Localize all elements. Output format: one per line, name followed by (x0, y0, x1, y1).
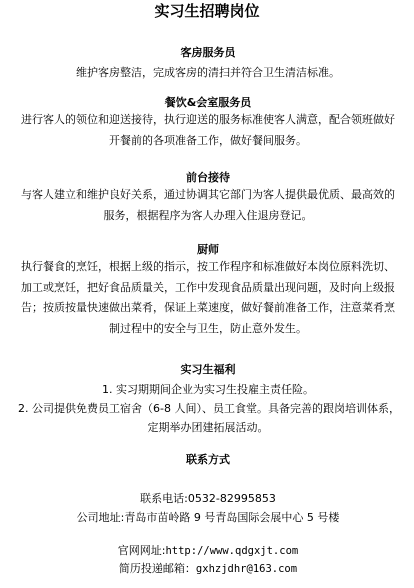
website-link[interactable]: http://www.qdgxjt.com (165, 545, 298, 557)
address-value: 青岛市苗岭路 9 号青岛国际会展中心 5 号楼 (124, 511, 339, 524)
position-chef: 厨师 执行餐食的烹饪，根据上级的指示，按工作程序和标准做好本岗位原料洗切、加工或… (18, 243, 398, 339)
position-heading: 前台接待 (18, 171, 398, 185)
contact-address-line: 公司地址:青岛市苗岭路 9 号青岛国际会展中心 5 号楼 (18, 508, 398, 527)
contact-email-line: 简历投递邮箱：gxhzjdhr@163.com (18, 560, 398, 578)
position-heading: 餐饮&会室服务员 (18, 96, 398, 110)
phone-number: 0532-82995853 (188, 492, 276, 505)
position-dining-attendant: 餐饮&会室服务员 进行客人的领位和迎送接待，执行迎送的服务标准使客人满意，配合领… (18, 96, 398, 151)
position-description: 维护客房整洁，完成客房的清扫并符合卫生清洁标准。 (18, 65, 398, 81)
position-room-attendant: 客房服务员 维护客房整洁，完成客房的清扫并符合卫生清洁标准。 (18, 46, 398, 81)
position-front-desk: 前台接待 与客人建立和维护良好关系，通过协调其它部门为客人提供最优质、最高效的服… (18, 171, 398, 226)
position-description: 进行客人的领位和迎送接待，执行迎送的服务标准使客人满意，配合领班做好开餐前的各项… (18, 110, 398, 151)
benefit-item: 2. 公司提供免费员工宿舍（6-8 人间）、员工食堂。具备完善的跟岗培训体系， (18, 399, 398, 418)
contact-phone-line: 联系电话:0532-82995853 (18, 489, 398, 508)
address-label: 公司地址: (77, 511, 125, 524)
position-heading: 客房服务员 (18, 46, 398, 60)
benefit-item: 1. 实习期期间企业为实习生投雇主责任险。 (18, 380, 398, 399)
contact-section: 联系方式 联系电话:0532-82995853 公司地址:青岛市苗岭路 9 号青… (18, 453, 398, 578)
recruitment-document: 实习生招聘岗位 客房服务员 维护客房整洁，完成客房的清扫并符合卫生清洁标准。 餐… (0, 0, 414, 588)
email-label: 简历投递邮箱： (119, 562, 196, 575)
position-description: 与客人建立和维护良好关系，通过协调其它部门为客人提供最优质、最高效的服务，根据程… (18, 185, 398, 226)
contact-website-line: 官网网址:http://www.qdgxjt.com (18, 542, 398, 560)
intern-benefits: 实习生福利 1. 实习期期间企业为实习生投雇主责任险。 2. 公司提供免费员工宿… (18, 363, 398, 437)
benefit-item: 定期举办团建拓展活动。 (18, 418, 398, 437)
website-label: 官网网址: (118, 544, 166, 557)
email-link[interactable]: gxhzjdhr@163.com (196, 563, 297, 575)
phone-label: 联系电话: (140, 492, 188, 505)
contact-heading: 联系方式 (18, 453, 398, 467)
position-description: 执行餐食的烹饪，根据上级的指示，按工作程序和标准做好本岗位原料洗切、加工或烹饪，… (18, 257, 398, 339)
benefits-heading: 实习生福利 (18, 363, 398, 377)
page-title: 实习生招聘岗位 (0, 2, 414, 20)
position-heading: 厨师 (18, 243, 398, 257)
